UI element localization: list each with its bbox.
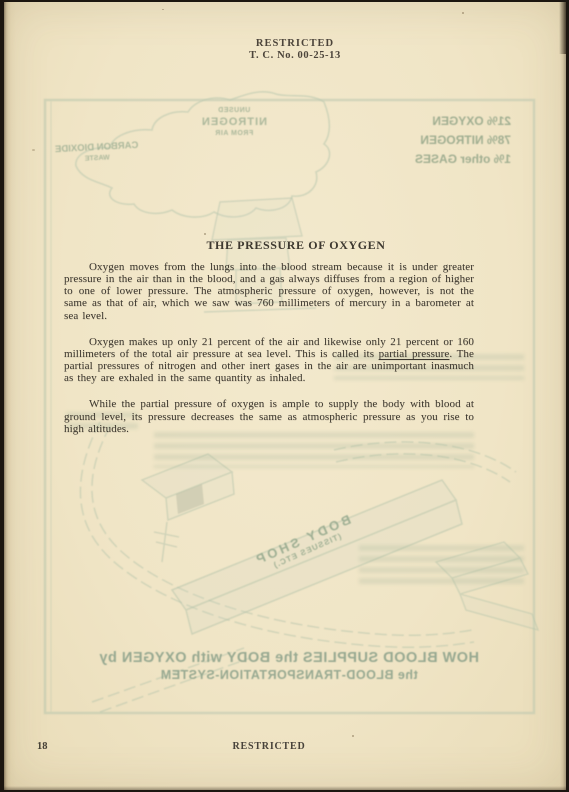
ghost-caption-line2: the BLOOD-TRANSPORTATION-SYSTEM [39, 668, 539, 682]
article-body: Oxygen moves from the lungs into the blo… [64, 261, 474, 449]
ghost-label-line: UNUSED [197, 106, 271, 115]
ghost-caption-line1: HOW BLOOD SUPPLIES the BODY with OXYGEN … [39, 650, 539, 666]
ghost-label-line: 78% NITROGEN [389, 131, 511, 150]
document-page: 21% OXYGEN 78% NITROGEN 1% other GASES U… [4, 2, 566, 790]
ghost-nitrogen-label: UNUSED NITROGEN FROM AIR [197, 106, 271, 138]
ghost-label-line: CARBON DIOXIDE [53, 140, 139, 155]
ghost-text-smudge [359, 545, 524, 589]
scan-speck [162, 9, 164, 10]
ghost-label-line: WASTE [54, 151, 140, 166]
ghost-body-shop-label: BODY SHOP (TISSUES ETC.) [231, 503, 378, 586]
page-number: 18 [37, 741, 48, 752]
footer-classification: RESTRICTED [64, 741, 474, 752]
ghost-label-line: 1% other GASES [389, 150, 511, 169]
ghost-label-line: NITROGEN [197, 115, 271, 129]
page-corner-shadow [559, 2, 566, 54]
ghost-label-line: BODY SHOP [231, 503, 374, 578]
ghost-label-line: (TISSUES ETC.) [237, 516, 378, 585]
section-title: THE PRESSURE OF OXYGEN [4, 238, 566, 253]
document-number: T. C. No. 00-25-13 [24, 50, 566, 62]
ghost-carbon-dioxide-label: CARBON DIOXIDE WASTE [53, 140, 140, 166]
ghost-air-composition-label: 21% OXYGEN 78% NITROGEN 1% other GASES [389, 112, 511, 169]
underlined-term: partial pressure [379, 348, 450, 360]
scan-speck [462, 12, 464, 14]
scan-speck [32, 149, 35, 151]
page-bottom-shadow [4, 786, 566, 790]
ghost-label-line: FROM AIR [197, 129, 271, 138]
paragraph-2: Oxygen makes up only 21 percent of the a… [64, 336, 474, 385]
classification-banner: RESTRICTED [24, 38, 566, 50]
scan-speck [352, 735, 354, 737]
ghost-cloud-outline [76, 92, 330, 217]
scanned-page-background: 21% OXYGEN 78% NITROGEN 1% other GASES U… [0, 0, 569, 792]
paragraph-3: While the partial pressure of oxygen is … [64, 398, 474, 434]
scan-speck [204, 233, 206, 235]
ghost-label-line: 21% OXYGEN [389, 112, 511, 131]
paragraph-1: Oxygen moves from the lungs into the blo… [64, 261, 474, 322]
page-header: RESTRICTED T. C. No. 00-25-13 [4, 38, 566, 62]
